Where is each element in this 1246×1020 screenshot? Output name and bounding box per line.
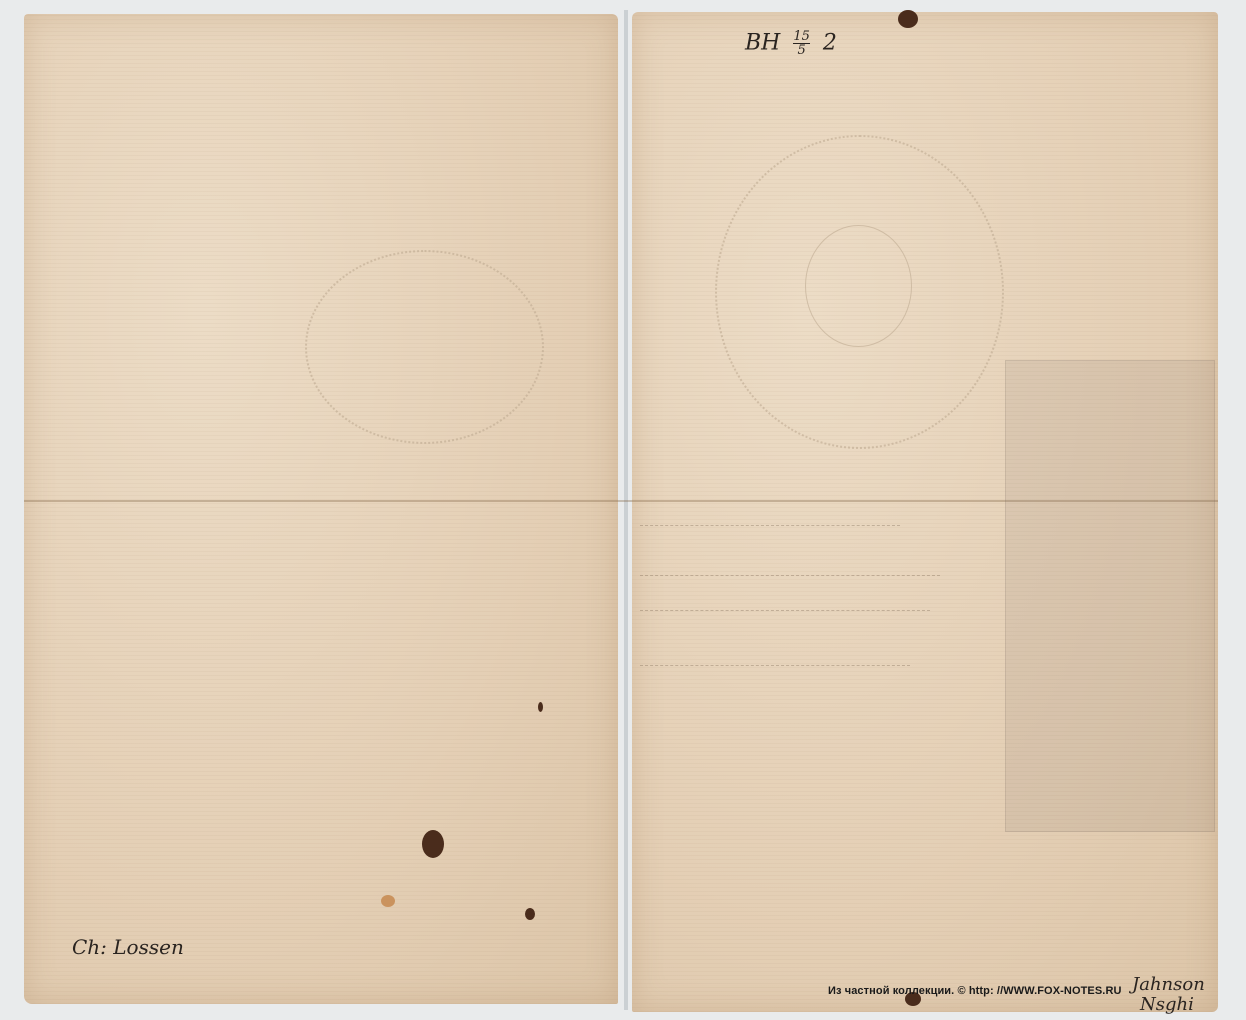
rust-stain	[381, 895, 395, 907]
signature-right: Jahnson Nsghi	[1132, 975, 1205, 1015]
signature-right-line2: Nsghi	[1140, 995, 1205, 1015]
show-through-text-line	[640, 655, 910, 666]
show-through-text-line	[640, 600, 930, 611]
serial-prefix: BH	[745, 31, 780, 56]
signature-left: Ch: Lossen	[72, 935, 184, 959]
serial-fraction: 15 5	[793, 30, 810, 57]
vertical-fold-gap	[624, 10, 628, 1010]
handwritten-serial: BH 15 5 2	[745, 30, 837, 57]
banknote-left-half	[24, 14, 618, 1004]
show-through-text-line	[640, 565, 940, 576]
collection-watermark: Из частной коллекции. © http: //WWW.FOX-…	[828, 985, 1122, 997]
serial-fraction-denominator: 5	[793, 44, 810, 57]
ink-stain	[422, 830, 444, 858]
embossed-medallion-right-inner	[805, 225, 912, 347]
ink-stain	[525, 908, 535, 920]
serial-suffix: 2	[823, 31, 837, 56]
serial-fraction-numerator: 15	[793, 30, 810, 44]
ink-stain	[898, 10, 918, 28]
show-through-text-line	[640, 515, 900, 526]
show-through-printed-block	[1005, 360, 1215, 832]
signature-right-line1: Jahnson	[1132, 975, 1205, 995]
embossed-medallion-left	[305, 250, 544, 444]
ink-stain	[538, 702, 543, 712]
